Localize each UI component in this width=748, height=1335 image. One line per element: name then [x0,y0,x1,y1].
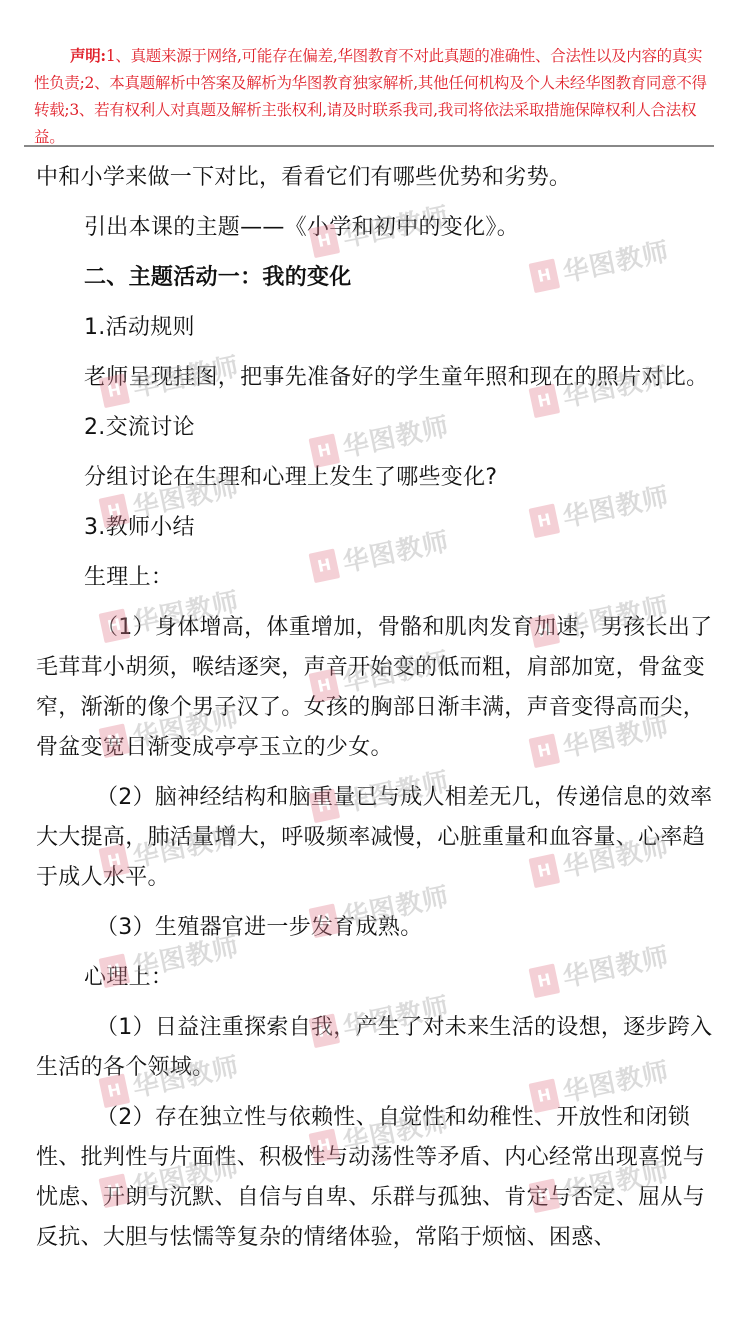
paragraph-physiological-3: （3）生殖器官进一步发育成熟。 [36,908,716,948]
subheading-activity-rules: 1.活动规则 [36,308,716,348]
paragraph-topic: 引出本课的主题——《小学和初中的变化》。 [36,208,716,248]
document-body: 中和小学来做一下对比，看看它们有哪些优势和劣势。 引出本课的主题——《小学和初中… [36,158,716,1268]
disclaimer: 声明:1、真题来源于网络,可能存在偏差,华图教育不对此真题的准确性、合法性以及内… [34,42,714,151]
paragraph-rules: 老师呈现挂图，把事先准备好的学生童年照和现在的照片对比。 [36,358,716,398]
paragraph-physiological-2: （2）脑神经结构和脑重量已与成人相差无几，传递信息的效率大大提高，肺活量增大，呼… [36,778,716,898]
paragraph-psychological-2: （2）存在独立性与依赖性、自觉性和幼稚性、开放性和闭锁性、批判性与片面性、积极性… [36,1098,716,1258]
subheading-discussion: 2.交流讨论 [36,408,716,448]
subheading-summary: 3.教师小结 [36,508,716,548]
paragraph-physiological-1: （1）身体增高，体重增加，骨骼和肌肉发育加速，男孩长出了毛茸茸小胡须，喉结逐突，… [36,608,716,768]
paragraph-discussion: 分组讨论在生理和心理上发生了哪些变化? [36,458,716,498]
disclaimer-text: 1、真题来源于网络,可能存在偏差,华图教育不对此真题的准确性、合法性以及内容的真… [34,47,707,146]
disclaimer-label: 声明: [70,46,106,65]
label-physiological: 生理上： [36,558,716,598]
paragraph-psychological-1: （1）日益注重探索自我，产生了对未来生活的设想，逐步跨入生活的各个领域。 [36,1008,716,1088]
label-psychological: 心理上： [36,958,716,998]
paragraph-intro: 中和小学来做一下对比，看看它们有哪些优势和劣势。 [36,158,716,198]
header-divider [24,145,714,147]
section-heading-activity-one: 二、主题活动一：我的变化 [36,258,716,298]
